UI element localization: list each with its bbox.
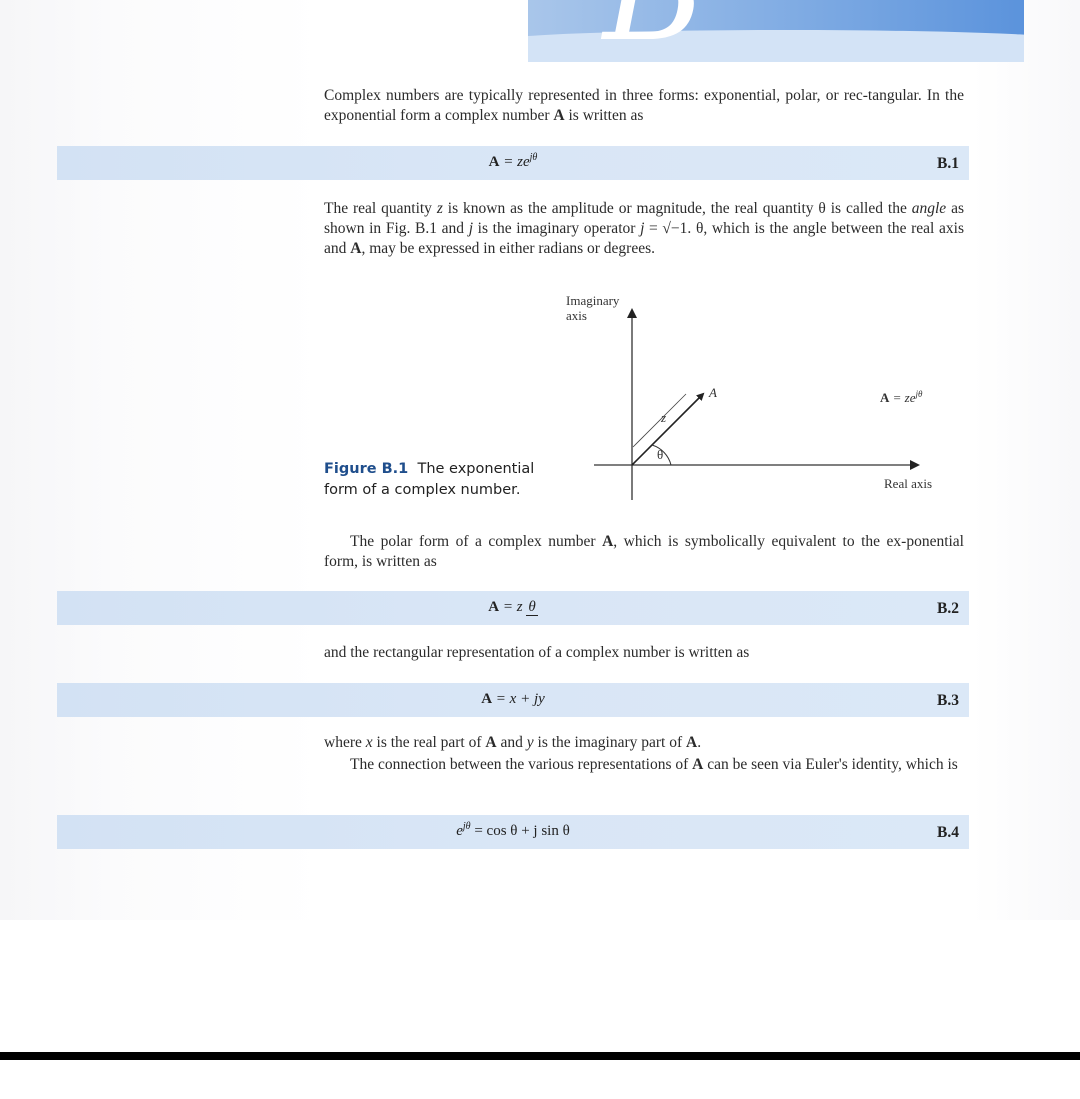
eq-lhs: A: [481, 691, 492, 707]
symbol-A: A: [692, 756, 703, 773]
caption-label: Figure B.1: [324, 461, 408, 477]
symbol-x: x: [366, 734, 373, 751]
vector-A: [632, 394, 703, 465]
text: and: [497, 734, 527, 751]
paragraph-parts: where x is the real part of A and y is t…: [324, 733, 964, 753]
equation-b3: A = x + jy: [57, 691, 969, 708]
symbol-A: A: [602, 533, 613, 550]
complex-plane-figure: Imaginary axis Real axis A z θ A = zejθ: [0, 0, 1080, 520]
text: can be seen via Euler's identity, which …: [703, 756, 957, 773]
equation-number: B.3: [937, 692, 959, 710]
equation-band-b2: A = z θ B.2: [57, 591, 969, 625]
equation-band-b4: ejθ = cos θ + j sin θ B.4: [57, 815, 969, 849]
equation-b2: A = z θ: [57, 599, 969, 616]
eq-rhs: = cos θ + j sin θ: [471, 823, 570, 839]
real-axis-label: Real axis: [884, 476, 932, 491]
symbol-y: y: [527, 734, 534, 751]
text: is the real part of: [373, 734, 486, 751]
eq-rhs: = x + jy: [492, 691, 545, 707]
eq-lhs: A: [488, 599, 499, 615]
imaginary-axis-label: axis: [566, 308, 587, 323]
eq-exponent: jθ: [463, 821, 471, 832]
figure-caption: Figure B.1 The exponential form of a com…: [324, 459, 564, 501]
symbol-A: A: [686, 734, 697, 751]
imaginary-axis-label: Imaginary: [566, 293, 620, 308]
eq-rhs: = z: [499, 599, 526, 615]
equation-number: B.4: [937, 824, 959, 842]
text: The connection between the various repre…: [350, 756, 692, 773]
figure-formula: A = zejθ: [880, 389, 923, 405]
equation-band-b3: A = x + jy B.3: [57, 683, 969, 717]
vector-label: A: [708, 385, 717, 400]
text: The polar form of a complex number: [350, 533, 602, 550]
equation-b4: ejθ = cos θ + j sin θ: [57, 823, 969, 840]
paragraph-rectangular: and the rectangular representation of a …: [324, 643, 964, 663]
magnitude-line: [633, 394, 686, 447]
angle-symbol: θ: [526, 599, 537, 616]
text: and the rectangular representation of a …: [324, 644, 749, 661]
magnitude-label: z: [660, 410, 666, 425]
text: is the imaginary part of: [534, 734, 686, 751]
equation-number: B.2: [937, 600, 959, 618]
symbol-A: A: [485, 734, 496, 751]
bottom-divider-bar: [0, 1052, 1080, 1060]
eq-lhs: e: [456, 823, 463, 839]
angle-label: θ: [657, 447, 663, 462]
text: where: [324, 734, 366, 751]
text: .: [697, 734, 701, 751]
paragraph-euler: The connection between the various repre…: [324, 755, 964, 775]
paragraph-polar: The polar form of a complex number A, wh…: [324, 532, 964, 572]
